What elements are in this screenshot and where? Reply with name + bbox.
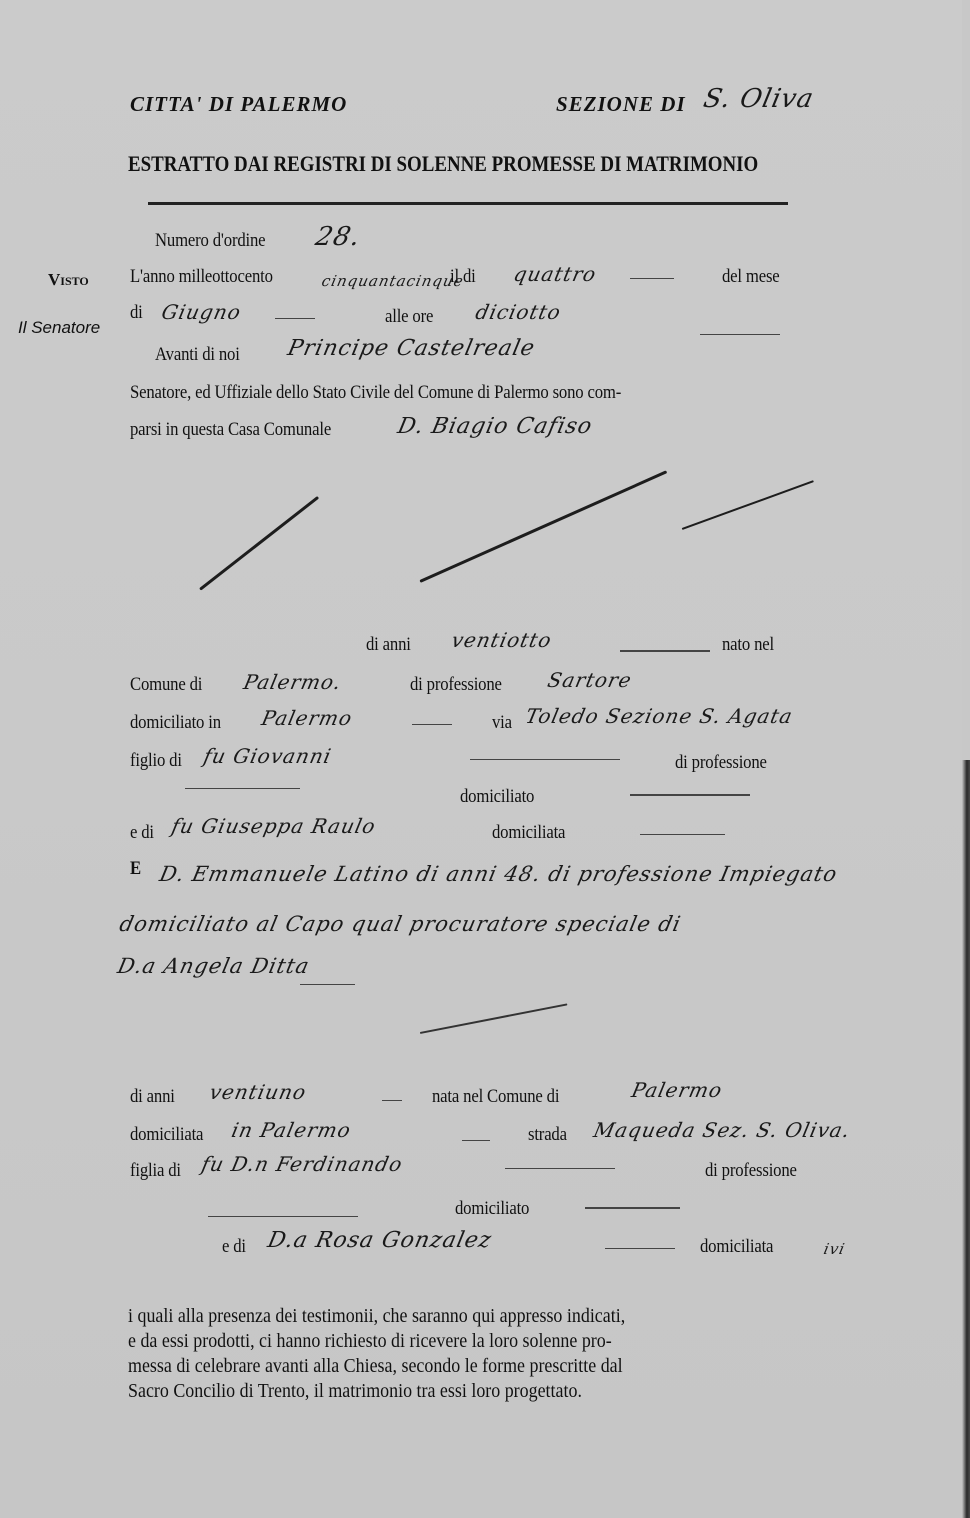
bride-madre-value: D.a Rosa Gonzalez bbox=[265, 1228, 494, 1253]
anno-label: L'anno milleottocento bbox=[130, 266, 273, 288]
document-title: ESTRATTO DAI REGISTRI DI SOLENNE PROMESS… bbox=[128, 151, 758, 177]
proxy-e-label: E bbox=[130, 858, 141, 880]
bride-figlia-label: figlia di bbox=[130, 1160, 181, 1182]
fill-dash bbox=[505, 1168, 615, 1169]
fill-dash bbox=[208, 1216, 358, 1217]
proxy-line-2: domiciliato al Capo qual procuratore spe… bbox=[117, 912, 683, 936]
groom-padre-professione-label: di professione bbox=[675, 752, 767, 774]
numero-label: Numero d'ordine bbox=[155, 230, 265, 252]
giorno-value: quattro bbox=[511, 262, 598, 286]
bride-nata-value: Palermo bbox=[629, 1078, 724, 1102]
groom-via-label: via bbox=[492, 712, 512, 734]
fill-dash bbox=[605, 1248, 675, 1249]
comparsi-label: parsi in questa Casa Comunale bbox=[130, 419, 331, 441]
giorno-label: il di bbox=[450, 266, 476, 288]
anno-value: cinquantacinque bbox=[320, 272, 466, 290]
bride-strada-value: Maqueda Sez. S. Oliva. bbox=[591, 1118, 852, 1142]
mese-label: del mese bbox=[722, 266, 780, 288]
cancel-stroke bbox=[419, 470, 667, 583]
groom-domiciliato-label: domiciliato in bbox=[130, 712, 221, 734]
proxy-line-1: D. Emmanuele Latino di anni 48. di profe… bbox=[157, 862, 839, 886]
proxy-line-3: D.a Angela Ditta bbox=[115, 954, 311, 978]
section-label: SEZIONE DI bbox=[556, 92, 686, 117]
bride-strada-label: strada bbox=[528, 1124, 567, 1146]
groom-nato-label: nato nel bbox=[722, 634, 774, 656]
page-edge-shadow bbox=[962, 760, 970, 1518]
closing-line-3: messa di celebrare avanti alla Chiesa, s… bbox=[128, 1354, 623, 1379]
fill-dash bbox=[630, 794, 750, 796]
bride-figlia-value: fu D.n Ferdinando bbox=[199, 1152, 405, 1176]
bride-anni-label: di anni bbox=[130, 1086, 175, 1108]
fill-dash bbox=[382, 1100, 402, 1101]
section-value-handwritten: S. Oliva bbox=[701, 84, 817, 114]
cancel-stroke bbox=[682, 480, 814, 530]
groom-professione-label: di professione bbox=[410, 674, 502, 696]
title-rule bbox=[148, 202, 788, 205]
groom-via-value: Toledo Sezione S. Agata bbox=[523, 704, 795, 728]
groom-madre-domiciliata-label: domiciliata bbox=[492, 822, 565, 844]
city-heading: CITTA' DI PALERMO bbox=[130, 92, 347, 117]
bride-professione-label: di professione bbox=[705, 1160, 797, 1182]
avanti-value: Principe Castelreale bbox=[285, 336, 537, 361]
fill-dash bbox=[275, 318, 315, 319]
bride-madre-label: e di bbox=[222, 1236, 246, 1258]
groom-madre-label: e di bbox=[130, 822, 154, 844]
comparsi-value: D. Biagio Cafiso bbox=[395, 414, 595, 439]
cancel-stroke bbox=[420, 1003, 568, 1034]
margin-visto: Visto bbox=[48, 270, 89, 290]
mese-value: Giugno bbox=[159, 300, 243, 324]
bride-anni-value: ventiuno bbox=[207, 1080, 308, 1104]
ore-value: diciotto bbox=[473, 300, 563, 324]
groom-padre-domiciliato-label: domiciliato bbox=[460, 786, 534, 808]
groom-madre-value: fu Giuseppa Raulo bbox=[169, 814, 378, 838]
groom-domiciliato-value: Palermo bbox=[259, 706, 354, 730]
closing-line-1: i quali alla presenza dei testimonii, ch… bbox=[128, 1304, 625, 1329]
groom-anni-value: ventiotto bbox=[449, 628, 554, 652]
cancel-stroke bbox=[199, 496, 319, 591]
fill-dash bbox=[185, 788, 300, 789]
groom-figlio-label: figlio di bbox=[130, 750, 182, 772]
bride-madre-domiciliata-value: ivi bbox=[822, 1240, 847, 1258]
bride-domiciliata-label: domiciliata bbox=[130, 1124, 203, 1146]
senatore-line: Senatore, ed Uffiziale dello Stato Civil… bbox=[130, 382, 621, 404]
avanti-label: Avanti di noi bbox=[155, 344, 240, 366]
fill-dash bbox=[300, 984, 355, 985]
fill-dash bbox=[470, 759, 620, 760]
fill-dash bbox=[640, 834, 725, 835]
bride-padre-domiciliato-label: domiciliato bbox=[455, 1198, 529, 1220]
document-page: CITTA' DI PALERMO SEZIONE DI S. Oliva ES… bbox=[0, 0, 962, 1518]
numero-value: 28. bbox=[313, 222, 364, 252]
fill-dash bbox=[630, 278, 674, 279]
fill-dash bbox=[620, 650, 710, 652]
ore-label: alle ore bbox=[385, 306, 433, 328]
fill-dash bbox=[412, 724, 452, 725]
groom-comune-label: Comune di bbox=[130, 674, 202, 696]
margin-senatore: Il Senatore bbox=[18, 318, 100, 338]
fill-dash bbox=[585, 1207, 680, 1209]
fill-dash bbox=[700, 334, 780, 335]
groom-figlio-value: fu Giovanni bbox=[201, 744, 334, 768]
groom-comune-value: Palermo. bbox=[241, 670, 343, 694]
fill-dash bbox=[462, 1140, 490, 1141]
closing-line-2: e da essi prodotti, ci hanno richiesto d… bbox=[128, 1329, 612, 1354]
groom-professione-value: Sartore bbox=[545, 668, 634, 692]
di-label: di bbox=[130, 302, 143, 324]
groom-anni-label: di anni bbox=[366, 634, 411, 656]
bride-nata-label: nata nel Comune di bbox=[432, 1086, 559, 1108]
bride-madre-domiciliata-label: domiciliata bbox=[700, 1236, 773, 1258]
bride-domiciliata-value: in Palermo bbox=[229, 1118, 353, 1142]
closing-line-4: Sacro Concilio di Trento, il matrimonio … bbox=[128, 1379, 582, 1404]
